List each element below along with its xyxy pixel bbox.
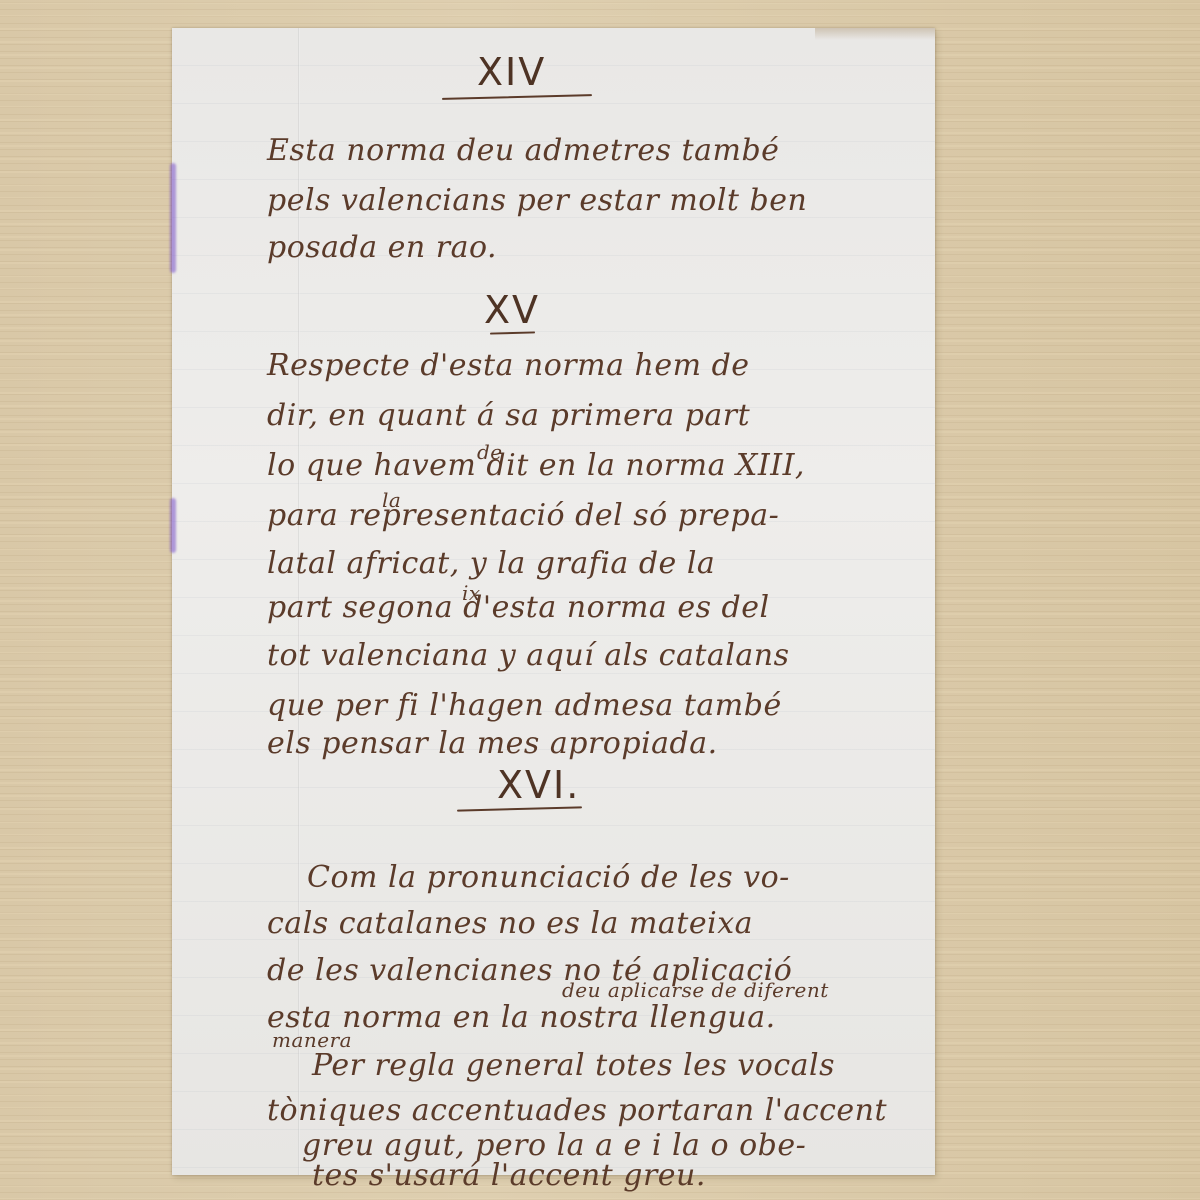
text-line: Respecte d'esta norma hem de — [267, 348, 750, 383]
text-line: dir, en quant á sa primera part — [267, 398, 750, 433]
section-heading-xvi: XVI. — [497, 763, 580, 807]
manuscript-page: XIV Esta norma deu admetres també pels v… — [172, 28, 935, 1175]
ink-stain — [170, 498, 176, 553]
text-line: els pensar la mes apropiada. — [267, 726, 718, 761]
heading-underline — [442, 94, 592, 100]
text-line: tòniques accentuades portaran l'accent — [267, 1093, 887, 1128]
heading-underline — [457, 806, 582, 811]
text-line: pels valencians per estar molt ben — [267, 183, 807, 218]
section-heading-xv: XV — [484, 288, 540, 332]
text-line: Per regla general totes les vocals — [312, 1048, 835, 1083]
text-line: que per fi l'hagen admesa també — [267, 688, 782, 723]
text-line: latal africat, y la grafia de la — [267, 546, 715, 581]
heading-underline — [490, 331, 535, 334]
text-line: cals catalanes no es la mateixa — [267, 906, 753, 941]
interlinear-note: deu aplicarse de diferent — [562, 978, 829, 1002]
text-line: tes s'usará l'accent greu. — [312, 1158, 706, 1193]
text-line: Com la pronunciació de les vo- — [307, 860, 790, 895]
text-line: part segona d'esta norma es del — [267, 590, 770, 625]
ink-stain — [170, 163, 176, 273]
torn-corner — [815, 28, 935, 40]
text-line: lo que havem dit en la norma XIII, — [267, 448, 805, 483]
text-line: para representació del só prepa- — [267, 498, 779, 533]
section-heading-xiv: XIV — [477, 50, 546, 94]
text-line: Esta norma deu admetres també — [267, 133, 779, 168]
text-line: posada en rao. — [267, 230, 497, 265]
text-line: tot valenciana y aquí als catalans — [267, 638, 790, 673]
